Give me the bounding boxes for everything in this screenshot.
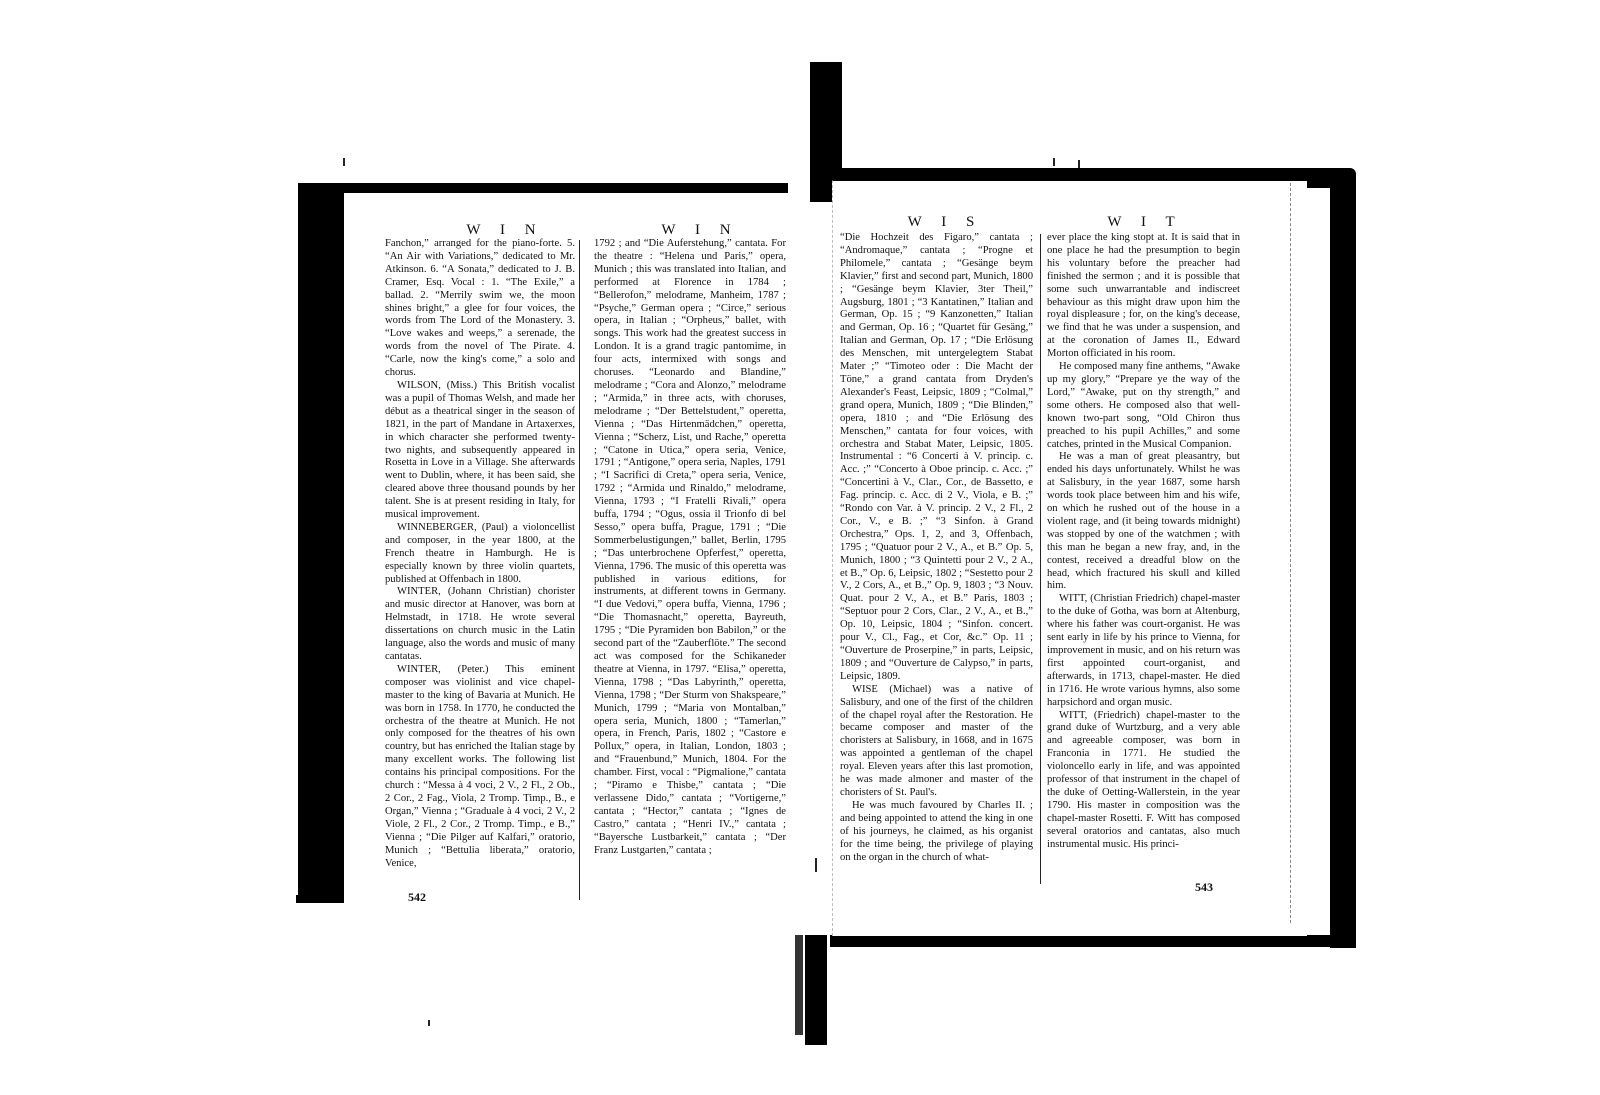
page-number-right: 543 xyxy=(1195,880,1213,895)
scan-speck xyxy=(1053,158,1055,166)
scan-speck xyxy=(815,858,817,872)
paragraph: He composed many fine anthems, “Awake up… xyxy=(1047,361,1240,451)
paragraph: “Die Hochzeit des Figaro,” cantata ; “An… xyxy=(840,232,1033,684)
left-cover-edge-side xyxy=(298,183,344,903)
entry-wise: WISE (Michael) was a native of Salisbury… xyxy=(840,684,1033,800)
paragraph: Fanchon,” arranged for the piano-forte. … xyxy=(385,238,575,380)
entry-witt-christian: WITT, (Christian Friedrich) chapel-maste… xyxy=(1047,593,1240,709)
right-cover-edge-side xyxy=(1330,168,1356,948)
left-cover-edge-bottom xyxy=(296,895,326,903)
scan-speck xyxy=(343,158,345,166)
page-number-left: 542 xyxy=(408,890,426,905)
paragraph: 1792 ; and “Die Auferstehung,” cantata. … xyxy=(594,238,786,858)
left-page-column-1: Fanchon,” arranged for the piano-forte. … xyxy=(385,238,575,870)
entry-winter-peter: WINTER, (Peter.) This eminent composer w… xyxy=(385,664,575,871)
book-spine-bottom-fringe xyxy=(795,935,803,1035)
entry-wilson: WILSON, (Miss.) This British vocalist wa… xyxy=(385,380,575,522)
running-head-right-col1: W I S xyxy=(895,214,995,231)
page-fore-edge xyxy=(1290,183,1293,923)
entry-witt-friedrich: WITT, (Friedrich) chapel-master to the g… xyxy=(1047,710,1240,852)
entry-winter-johann: WINTER, (Johann Christian) chorister and… xyxy=(385,586,575,663)
running-head-right-col2: W I T xyxy=(1095,214,1195,231)
left-page-column-2: 1792 ; and “Die Auferstehung,” cantata. … xyxy=(594,238,786,858)
right-page-column-2: ever place the king stopt at. It is said… xyxy=(1047,232,1240,852)
entry-winneberger: WINNEBERGER, (Paul) a violoncellist and … xyxy=(385,522,575,587)
paragraph: He was a man of great pleasantry, but en… xyxy=(1047,451,1240,593)
scan-speck xyxy=(1078,160,1080,168)
right-page-column-1: “Die Hochzeit des Figaro,” cantata ; “An… xyxy=(840,232,1033,864)
scan-speck xyxy=(428,1020,430,1026)
paragraph: ever place the king stopt at. It is said… xyxy=(1047,232,1240,361)
running-head-left-col2: W I N xyxy=(650,222,750,239)
right-cover-edge-top xyxy=(830,168,1350,180)
book-spine-bottom xyxy=(805,935,827,1045)
paragraph: He was much favoured by Charles II. ; an… xyxy=(840,800,1033,865)
running-head-left-col1: W I N xyxy=(455,222,555,239)
right-cover-edge-bottom xyxy=(830,935,1350,947)
column-rule xyxy=(579,240,580,900)
column-rule xyxy=(1040,234,1041,884)
